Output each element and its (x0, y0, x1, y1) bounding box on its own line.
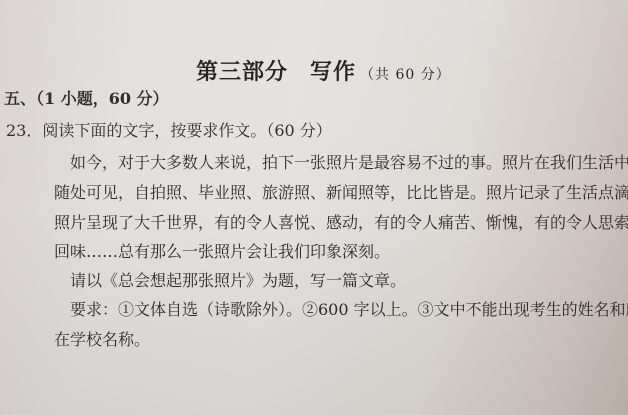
passage-line-4: 回味……总有那么一张照片会让我们印象深刻。 (54, 239, 390, 262)
section-title: 第三部分写作（共 60 分） (196, 55, 451, 86)
passage-line-2: 随处可见，自拍照、毕业照、旅游照、新闻照等，比比皆是。照片记录了生活点滴， (54, 180, 628, 203)
title-name: 写作 (310, 59, 356, 85)
title-score: （共 60 分） (360, 67, 451, 83)
requirements-line-2: 在学校名称。 (54, 327, 150, 350)
title-part: 第三部分 (196, 59, 288, 85)
passage-line-1: 如今，对于大多数人来说，拍下一张照片是最容易不过的事。照片在我们生活中 (70, 150, 628, 173)
requirements-line-1: 要求：①文体自选（诗歌除外）。②600 字以上。③文中不能出现考生的姓名和所 (70, 297, 628, 320)
prompt-text: 请以《总会想起那张照片》为题，写一篇文章。 (70, 268, 406, 291)
section-heading: 五、（1 小题，60 分） (4, 86, 169, 109)
question-text: 23．阅读下面的文字，按要求作文。（60 分） (6, 118, 332, 141)
passage-line-3: 照片呈现了大千世界，有的令人喜悦、感动，有的令人痛苦、惭愧，有的令人思索、 (54, 210, 628, 233)
exam-page: 第三部分写作（共 60 分） 五、（1 小题，60 分） 23．阅读下面的文字，… (0, 0, 628, 415)
